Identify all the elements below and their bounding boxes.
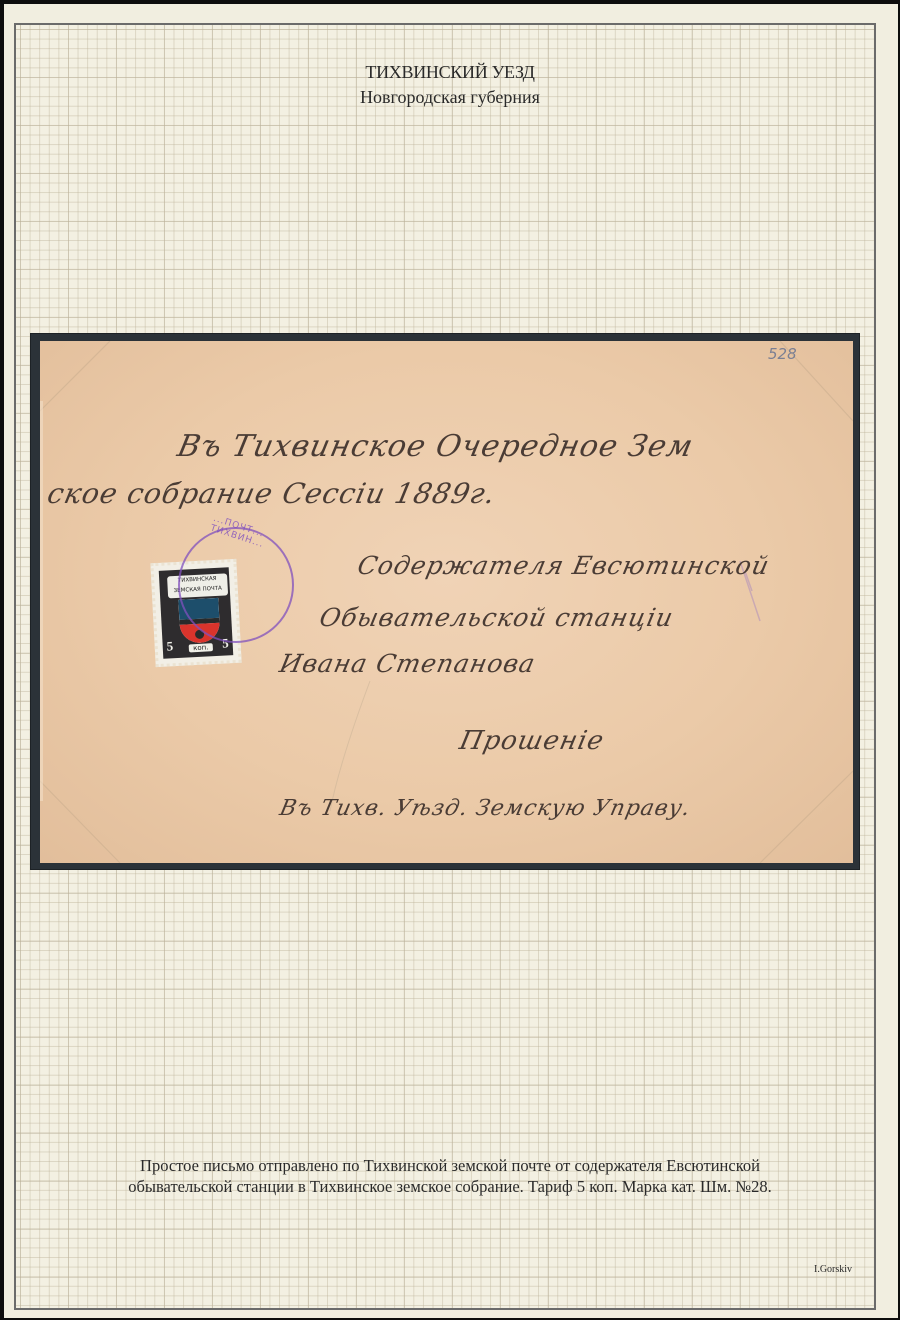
stamp-value-left: 5 [166,638,173,654]
postmark-cancel: ...ПОЧТ... ТИХВИН... [178,527,294,643]
page-title: ТИХВИНСКИЙ УЕЗД [0,62,900,83]
page-subtitle: Новгородская губерния [0,87,900,108]
author-signature: I.Gorskiv [814,1264,852,1275]
envelope-mount: 528 Въ Тихвинское Очередное Зем ское соб… [31,334,859,869]
address-line: ское собрание Сессiи 1889г. [44,477,498,510]
address-line: Ивана Степанова [277,649,538,678]
description-line-1: Простое письмо отправлено по Тихвинской … [40,1155,860,1176]
description-line-2: обывательской станции в Тихвинское земск… [40,1176,860,1197]
address-line: Содержателя Евсютинской [355,551,772,580]
pencil-notation: 528 [768,345,797,363]
address-line: Прошенiе [457,726,607,756]
stamp-unit: коп. [189,643,213,652]
address-line: Въ Тихвинское Очередное Зем [174,429,696,464]
address-line: Обывательской станцiи [317,603,676,632]
address-line: Въ Тихв. Уѣзд. Земскую Управу. [277,796,693,821]
envelope-cover: 528 Въ Тихвинское Очередное Зем ское соб… [40,341,853,863]
